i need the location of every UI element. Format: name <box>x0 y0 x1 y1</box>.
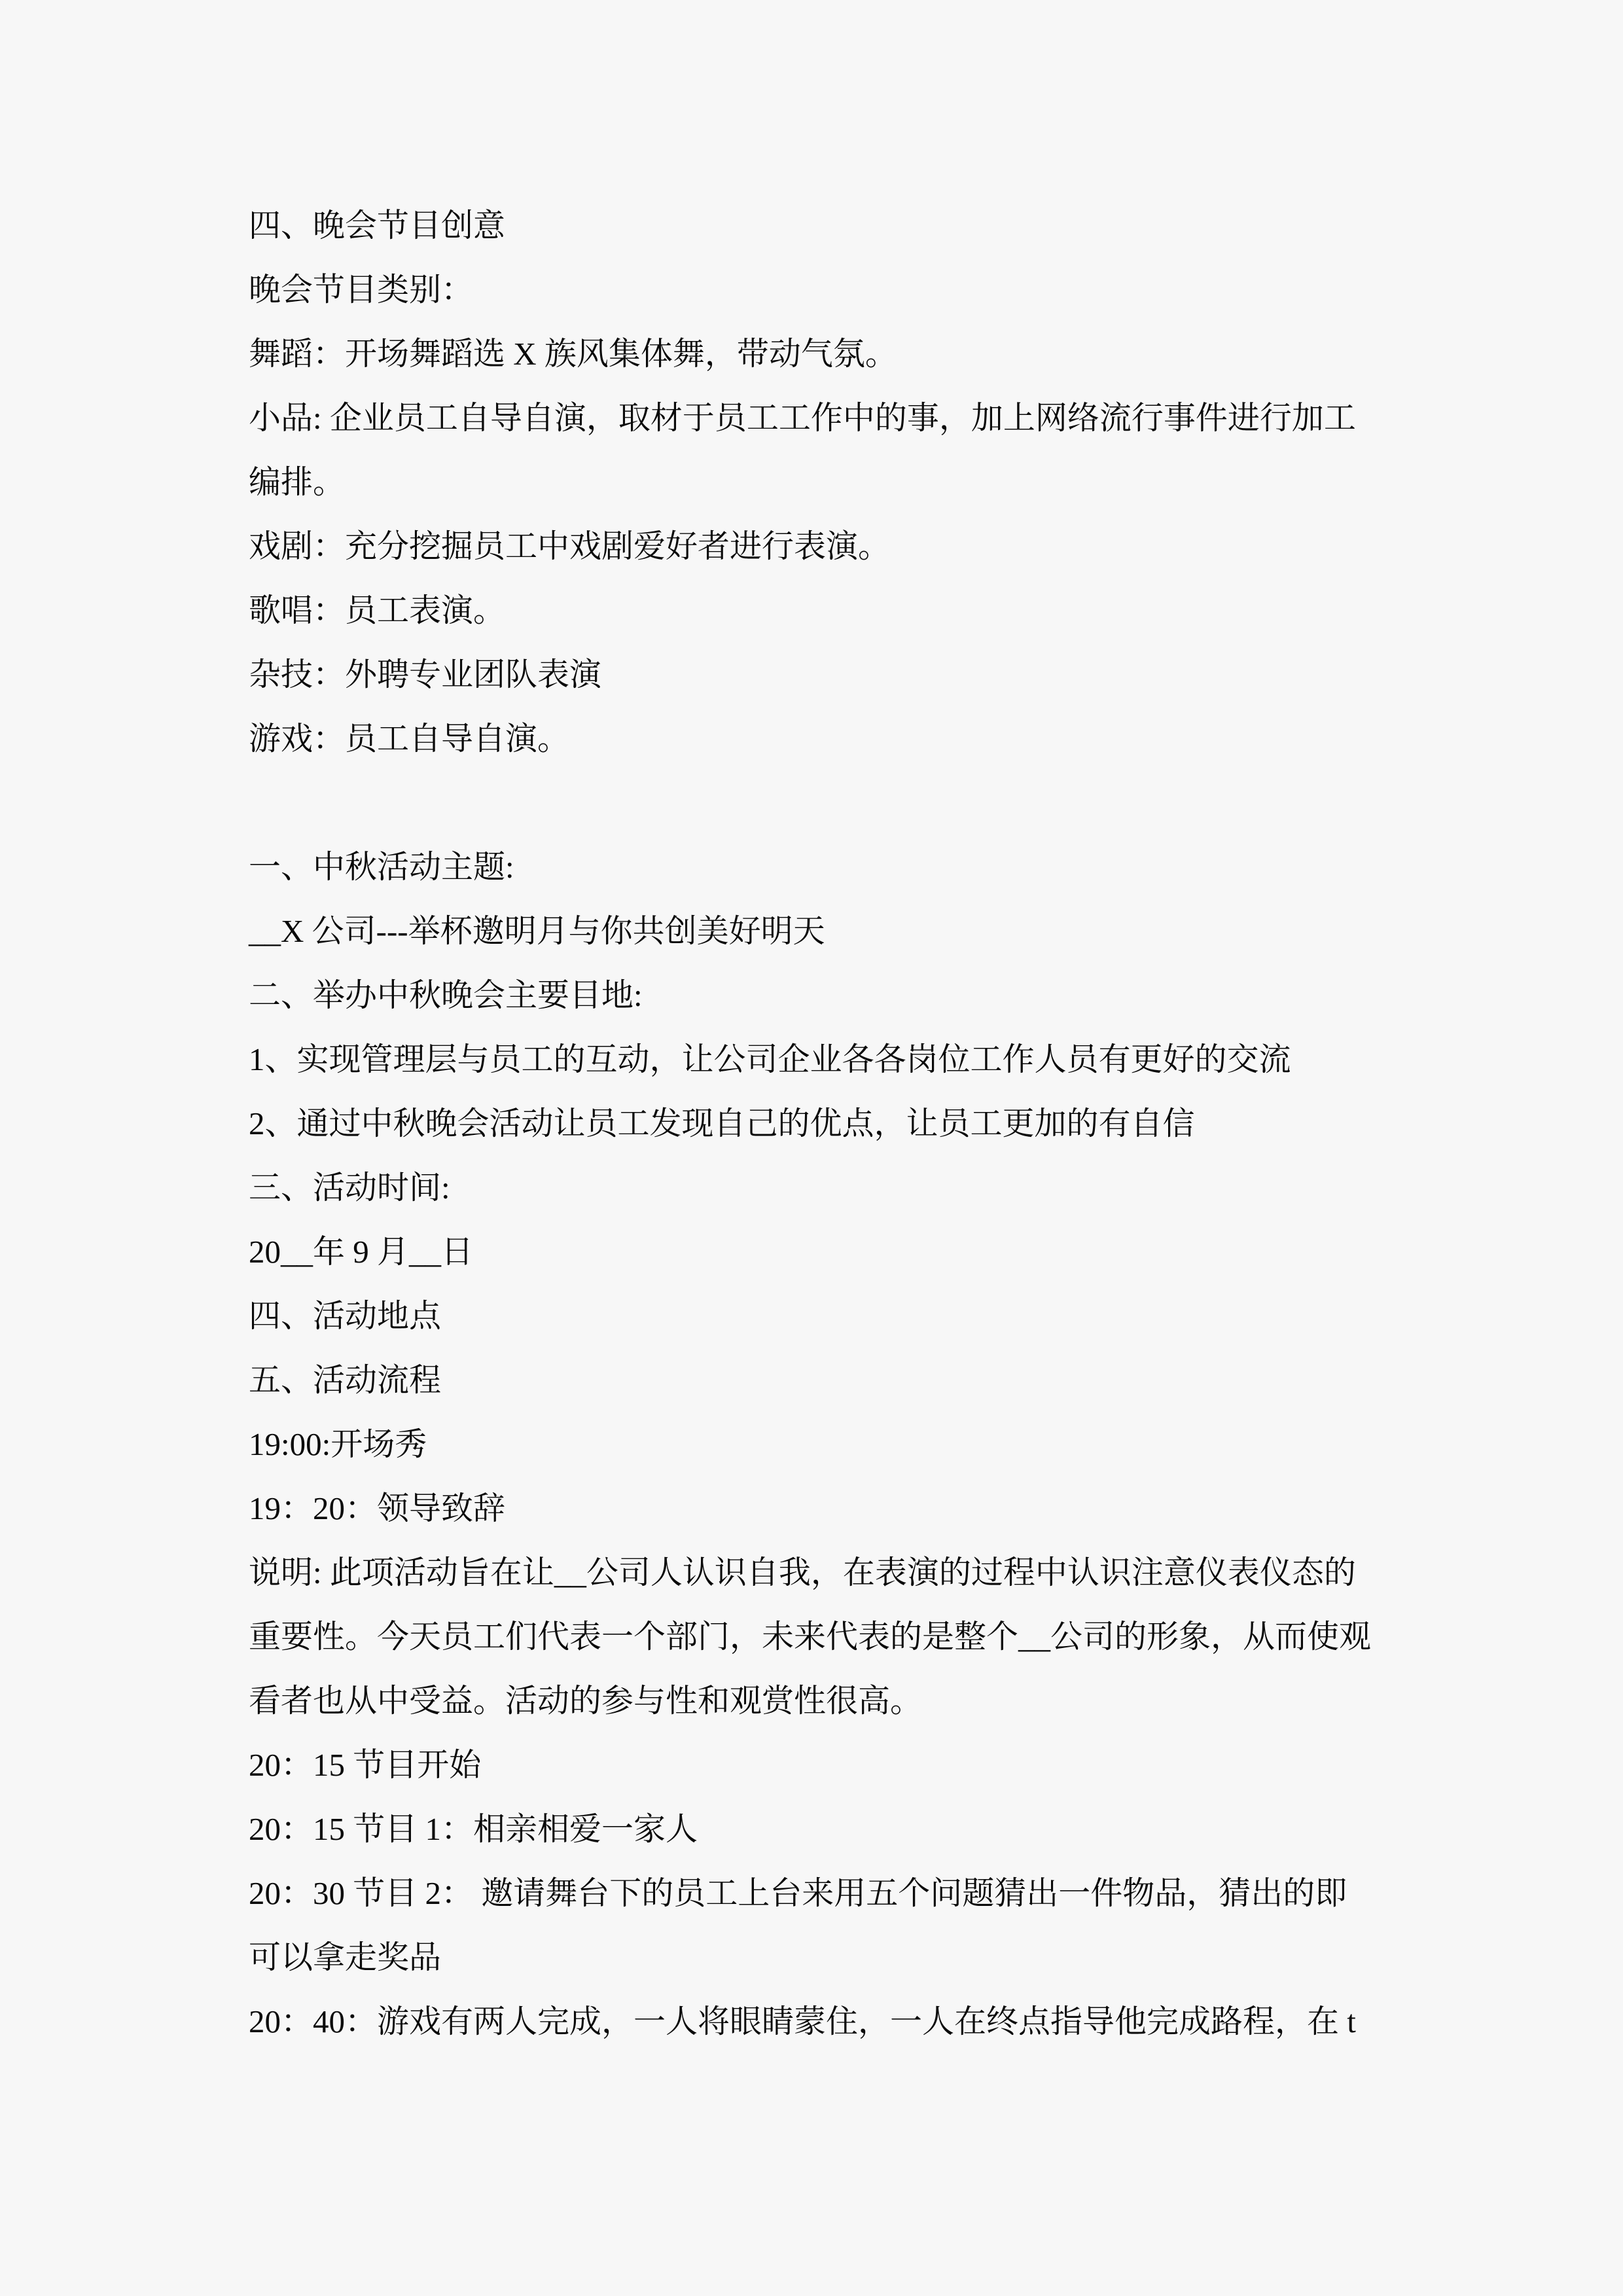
text-line: 重要性。今天员工们代表一个部门，未来代表的是整个__公司的形象，从而使观 <box>249 1605 1400 1669</box>
text-line: 三、活动时间: <box>249 1156 1400 1220</box>
text-line: 二、举办中秋晚会主要目地: <box>249 963 1400 1028</box>
text-line: 戏剧：充分挖掘员工中戏剧爱好者进行表演。 <box>249 514 1400 579</box>
text-line: 杂技：外聘专业团队表演 <box>249 643 1400 707</box>
text-line: 20__年 9 月__日 <box>249 1220 1400 1284</box>
text-line: 20：30 节目 2： 邀请舞台下的员工上台来用五个问题猜出一件物品，猜出的即 <box>249 1861 1400 1926</box>
text-line: 可以拿走奖品 <box>249 1926 1400 1990</box>
text-line: 舞蹈：开场舞蹈选 X 族风集体舞，带动气氛。 <box>249 322 1400 386</box>
text-line: 小品: 企业员工自导自演，取材于员工工作中的事，加上网络流行事件进行加工 <box>249 386 1400 450</box>
text-line: __X 公司---举杯邀明月与你共创美好明天 <box>249 899 1400 963</box>
text-line: 20：15 节目 1：相亲相爱一家人 <box>249 1797 1400 1861</box>
text-line: 游戏：员工自导自演。 <box>249 707 1400 771</box>
text-line: 2、通过中秋晚会活动让员工发现自己的优点，让员工更加的有自信 <box>249 1092 1400 1156</box>
text-line: 四、晚会节目创意 <box>249 194 1400 258</box>
text-line: 编排。 <box>249 450 1400 514</box>
text-line: 歌唱：员工表演。 <box>249 579 1400 643</box>
text-line <box>249 771 1400 835</box>
text-line: 五、活动流程 <box>249 1348 1400 1412</box>
text-line: 19:00:开场秀 <box>249 1412 1400 1477</box>
document-text-block: 四、晚会节目创意晚会节目类别：舞蹈：开场舞蹈选 X 族风集体舞，带动气氛。小品:… <box>249 194 1400 2054</box>
text-line: 1、实现管理层与员工的互动，让公司企业各各岗位工作人员有更好的交流 <box>249 1028 1400 1092</box>
text-line: 一、中秋活动主题: <box>249 835 1400 899</box>
text-line: 看者也从中受益。活动的参与性和观赏性很高。 <box>249 1669 1400 1733</box>
text-line: 晚会节目类别： <box>249 258 1400 322</box>
document-page: 四、晚会节目创意晚会节目类别：舞蹈：开场舞蹈选 X 族风集体舞，带动气氛。小品:… <box>0 0 1623 2296</box>
text-line: 20：40：游戏有两人完成，一人将眼睛蒙住，一人在终点指导他完成路程，在 t <box>249 1990 1400 2054</box>
text-line: 19：20：领导致辞 <box>249 1477 1400 1541</box>
text-line: 20：15 节目开始 <box>249 1733 1400 1797</box>
text-line: 四、活动地点 <box>249 1284 1400 1348</box>
text-line: 说明: 此项活动旨在让__公司人认识自我，在表演的过程中认识注意仪表仪态的 <box>249 1541 1400 1605</box>
